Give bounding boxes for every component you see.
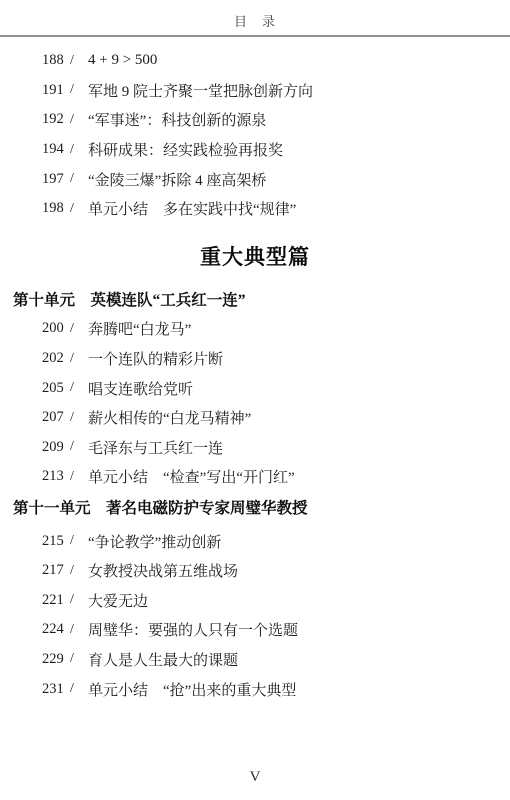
page-number: V bbox=[250, 769, 261, 785]
unit-heading: 第十单元 英模连队“工兵红一连” bbox=[13, 288, 246, 310]
toc-entry: 221/大爱无边 bbox=[0, 586, 510, 616]
toc-entry-separator: / bbox=[67, 439, 77, 455]
section-title-row: 重大典型篇 bbox=[0, 233, 510, 279]
toc-entry-title: 女教授决战第五维战场 bbox=[88, 560, 238, 581]
toc-entry-separator: / bbox=[67, 622, 77, 638]
toc-entry-separator: / bbox=[67, 82, 77, 98]
toc-entry-separator: / bbox=[67, 651, 77, 667]
toc-entry-title: 奔腾吧“白龙马” bbox=[88, 318, 191, 339]
toc-entry-page: 197 bbox=[42, 171, 67, 188]
toc-entry-title: 单元小结 多在实践中找“规律” bbox=[88, 198, 296, 219]
toc-entry-separator: / bbox=[67, 171, 77, 187]
toc-entry-page: 202 bbox=[42, 350, 67, 367]
toc-entry-page: 192 bbox=[42, 111, 67, 128]
toc-entry: 231/单元小结 “抢”出来的重大典型 bbox=[0, 674, 510, 704]
toc-entry-separator: / bbox=[67, 53, 77, 69]
toc-entry: 229/育人是人生最大的课题 bbox=[0, 645, 510, 675]
toc-entry-page: 188 bbox=[42, 52, 67, 69]
toc-entry-separator: / bbox=[67, 410, 77, 426]
toc-entry-separator: / bbox=[67, 469, 77, 485]
toc-entry-title: “金陵三爆”拆除 4 座高架桥 bbox=[88, 169, 266, 190]
toc-entry: 192/“军事迷”：科技创新的源泉 bbox=[0, 105, 510, 135]
toc-entry-separator: / bbox=[67, 142, 77, 158]
toc-entry-page: 198 bbox=[42, 200, 67, 217]
toc-entry: 213/单元小结 “检查”写出“开门红” bbox=[0, 462, 510, 492]
toc-entry: 224/周璧华：要强的人只有一个选题 bbox=[0, 615, 510, 645]
toc-entry: 202/一个连队的精彩片断 bbox=[0, 344, 510, 374]
toc-entry-page: 200 bbox=[42, 320, 67, 337]
toc-entry-page: 224 bbox=[42, 621, 67, 638]
toc-entry-separator: / bbox=[67, 201, 77, 217]
toc-entry-title: 一个连队的精彩片断 bbox=[88, 348, 223, 369]
page-header-title: 目 录 bbox=[234, 11, 276, 30]
toc-entry-separator: / bbox=[67, 563, 77, 579]
toc-entry: 205/唱支连歌给党听 bbox=[0, 373, 510, 403]
toc-entry-title: 育人是人生最大的课题 bbox=[88, 649, 238, 670]
page-footer: V bbox=[0, 768, 510, 786]
toc-entry-page: 209 bbox=[42, 439, 67, 456]
toc-entry-page: 221 bbox=[42, 592, 67, 609]
toc-entry-title: 4 + 9 > 500 bbox=[88, 52, 157, 69]
toc-entry-title: 毛泽东与工兵红一连 bbox=[88, 437, 223, 458]
toc-entry-title: 薪火相传的“白龙马精神” bbox=[88, 407, 251, 428]
toc-entry-page: 205 bbox=[42, 380, 67, 397]
toc-entry-page: 207 bbox=[42, 409, 67, 426]
toc-entry: 217/女教授决战第五维战场 bbox=[0, 556, 510, 586]
toc-entry-separator: / bbox=[67, 112, 77, 128]
toc-entry-separator: / bbox=[67, 533, 77, 549]
section-title: 重大典型篇 bbox=[200, 241, 310, 271]
unit-heading: 第十一单元 著名电磁防护专家周璧华教授 bbox=[13, 496, 308, 518]
toc-entry: 207/薪火相传的“白龙马精神” bbox=[0, 403, 510, 433]
toc-entry: 200/奔腾吧“白龙马” bbox=[0, 314, 510, 344]
toc-list: 188/4 + 9 > 500 191/军地 9 院士齐聚一堂把脉创新方向 19… bbox=[0, 37, 510, 704]
toc-entry-separator: / bbox=[67, 321, 77, 337]
toc-entry-title: 单元小结 “检查”写出“开门红” bbox=[88, 466, 295, 487]
toc-entry-title: 大爱无边 bbox=[88, 590, 148, 611]
toc-entry-title: 周璧华：要强的人只有一个选题 bbox=[88, 619, 298, 640]
page-header: 目 录 bbox=[0, 0, 510, 37]
toc-entry-page: 229 bbox=[42, 651, 67, 668]
toc-entry-separator: / bbox=[67, 380, 77, 396]
toc-entry-title: 唱支连歌给党听 bbox=[88, 378, 193, 399]
toc-entry-page: 215 bbox=[42, 533, 67, 550]
toc-entry-title: 科研成果：经实践检验再报奖 bbox=[88, 139, 283, 160]
toc-page: 目 录 188/4 + 9 > 500 191/军地 9 院士齐聚一堂把脉创新方… bbox=[0, 0, 510, 800]
toc-entry-page: 194 bbox=[42, 141, 67, 158]
toc-entry-title: 军地 9 院士齐聚一堂把脉创新方向 bbox=[88, 80, 313, 101]
toc-entry: 191/军地 9 院士齐聚一堂把脉创新方向 bbox=[0, 76, 510, 106]
unit-heading-row: 第十单元 英模连队“工兵红一连” bbox=[0, 285, 510, 315]
toc-entry: 188/4 + 9 > 500 bbox=[0, 46, 510, 76]
toc-entry-title: “军事迷”：科技创新的源泉 bbox=[88, 109, 266, 130]
toc-entry-separator: / bbox=[67, 351, 77, 367]
toc-entry: 209/毛泽东与工兵红一连 bbox=[0, 433, 510, 463]
unit-heading-row: 第十一单元 著名电磁防护专家周璧华教授 bbox=[0, 492, 510, 522]
toc-entry: 215/“争论教学”推动创新 bbox=[0, 526, 510, 556]
toc-entry-separator: / bbox=[67, 681, 77, 697]
toc-entry-page: 191 bbox=[42, 82, 67, 99]
toc-entry: 197/“金陵三爆”拆除 4 座高架桥 bbox=[0, 164, 510, 194]
toc-entry-page: 213 bbox=[42, 468, 67, 485]
toc-entry-page: 231 bbox=[42, 681, 67, 698]
toc-entry: 198/单元小结 多在实践中找“规律” bbox=[0, 194, 510, 224]
toc-entry-title: “争论教学”推动创新 bbox=[88, 531, 221, 552]
toc-entry-title: 单元小结 “抢”出来的重大典型 bbox=[88, 679, 296, 700]
toc-entry-separator: / bbox=[67, 592, 77, 608]
toc-entry: 194/科研成果：经实践检验再报奖 bbox=[0, 135, 510, 165]
toc-entry-page: 217 bbox=[42, 562, 67, 579]
